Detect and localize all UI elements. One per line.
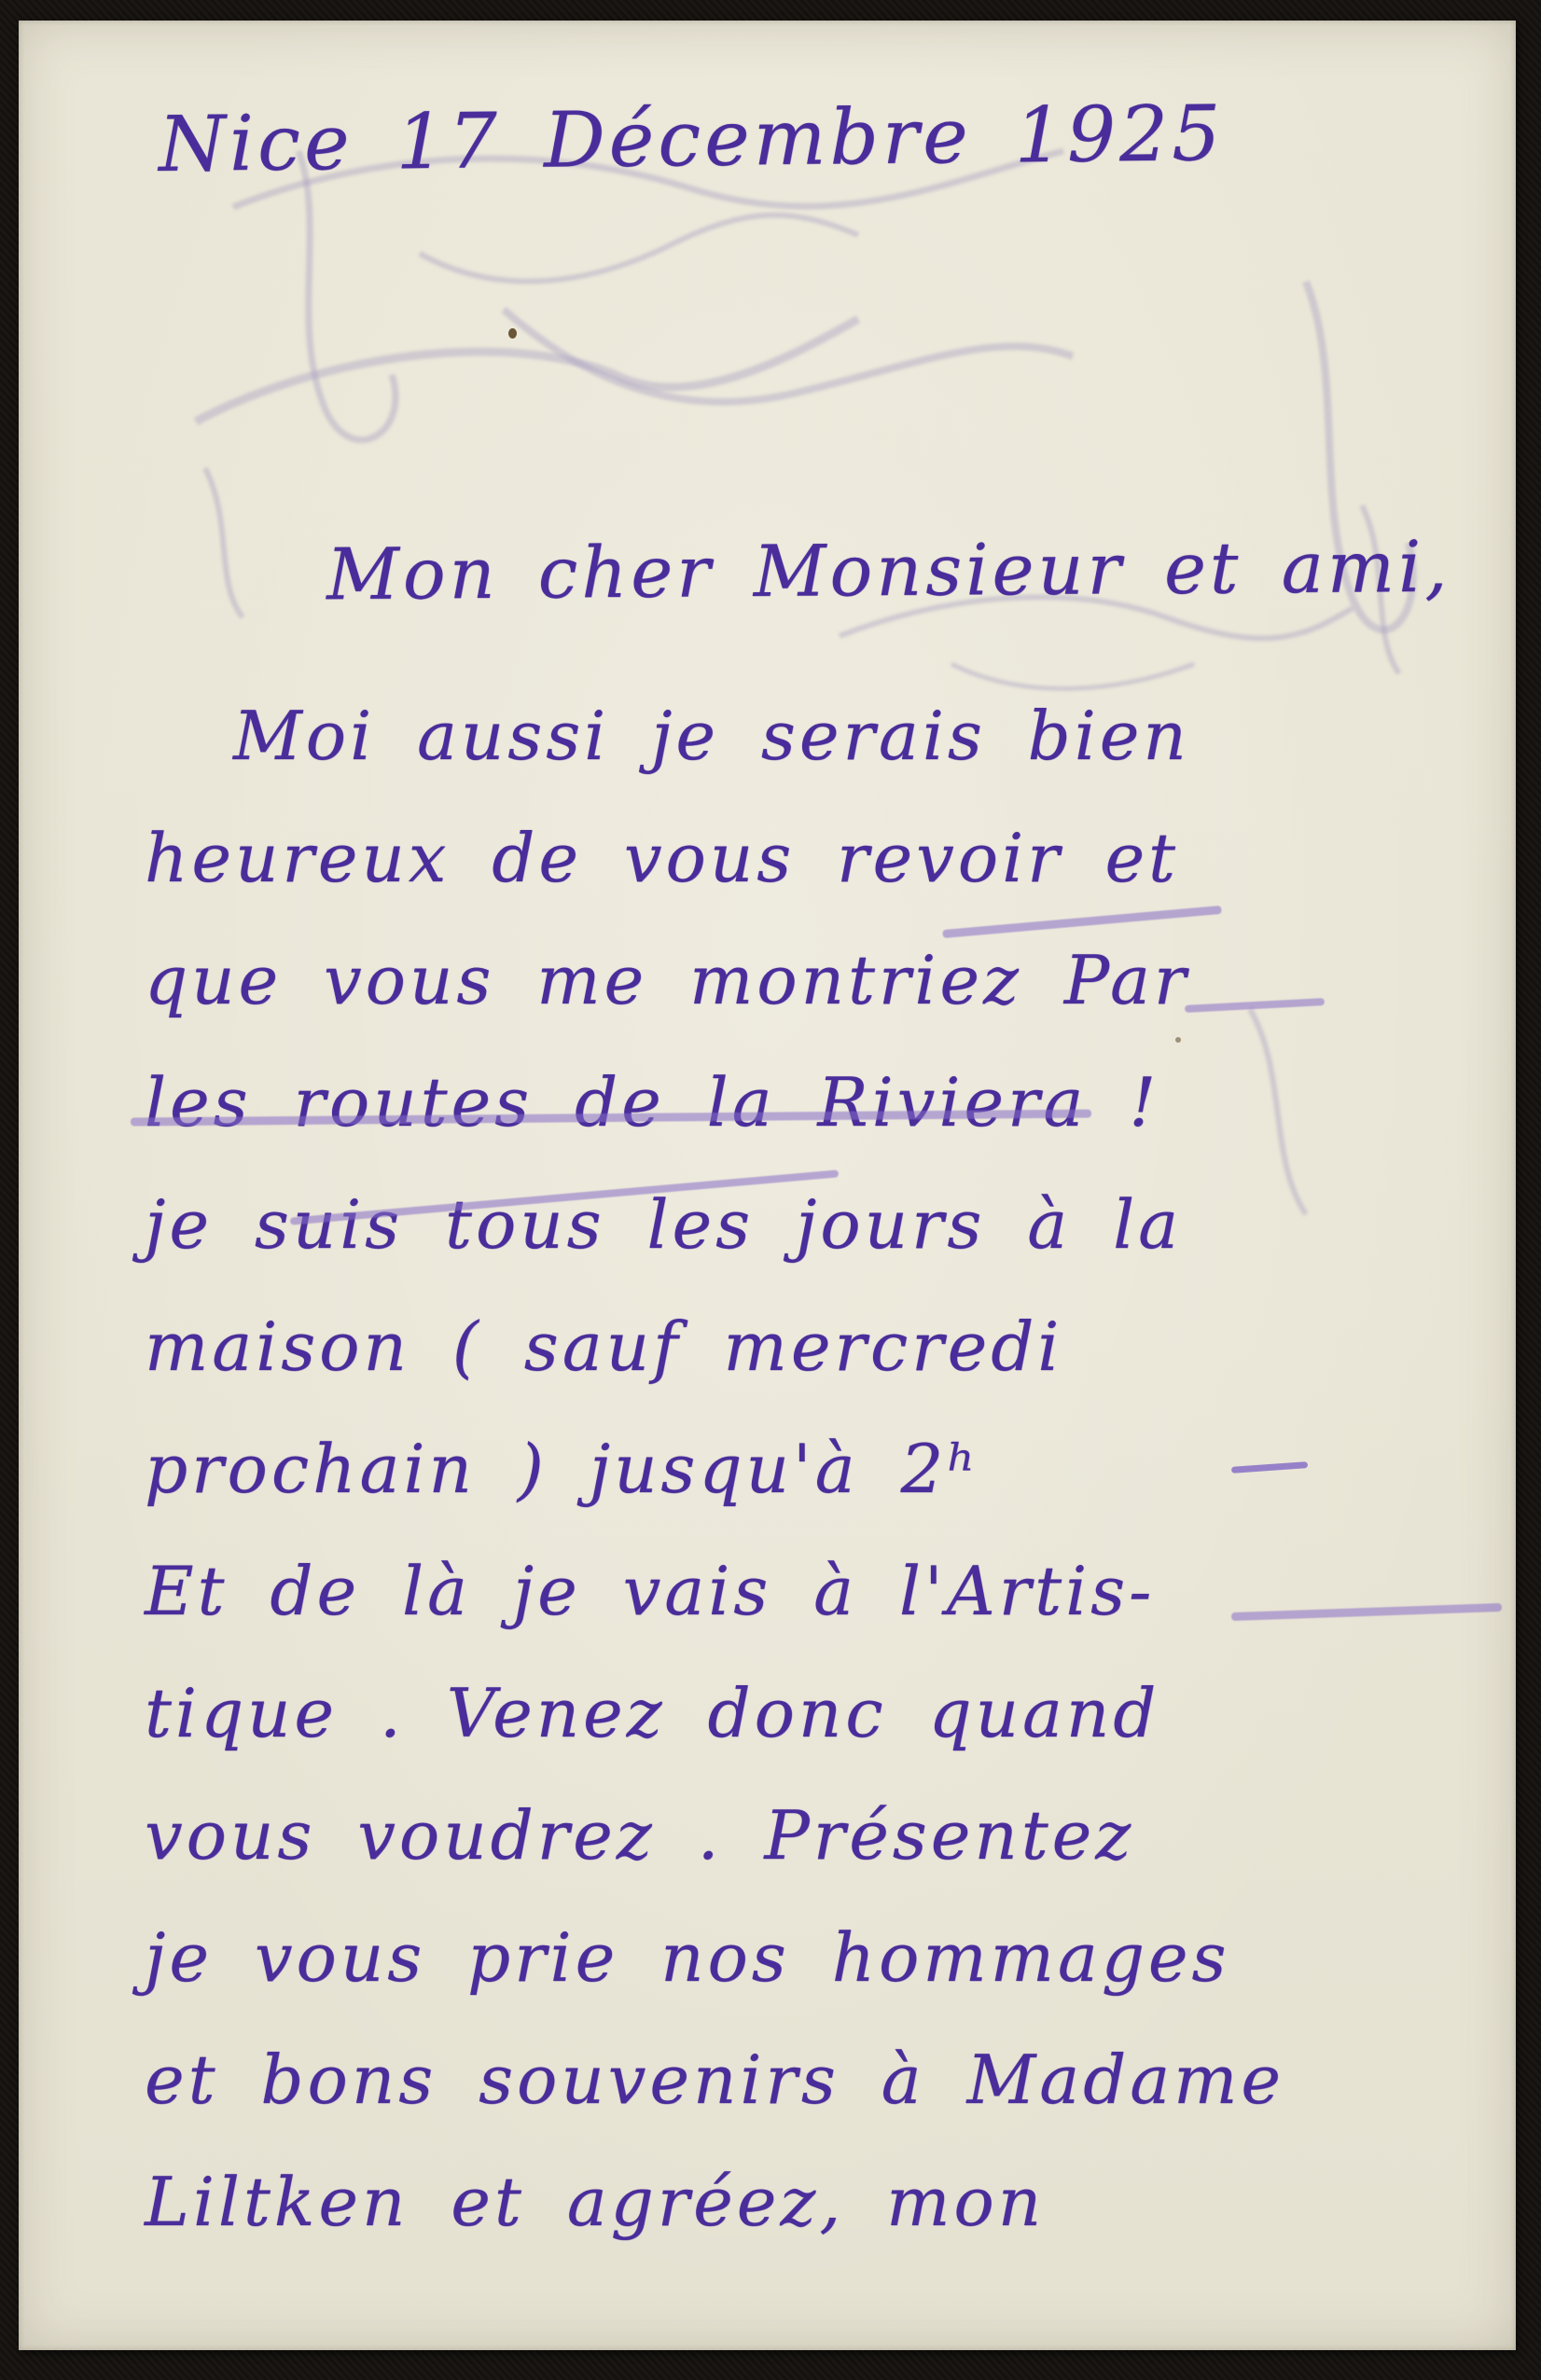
letter-line: les routes de la Riviera ! [145,1042,1516,1164]
letter-line: et bons souvenirs à Madame [145,2019,1516,2141]
letter-line: Moi aussi je serais bien [145,675,1516,797]
letter-scan: Nice 17 Décembre 1925 Mon cher Monsieur … [0,0,1541,2380]
letter-line: prochain ) jusqu'à 2ʰ [145,1408,1516,1530]
paper-speck [508,328,517,339]
letter-line: Liltken et agréez, mon [145,2141,1516,2263]
letter-line: vous voudrez . Présentez [145,1775,1516,1897]
letter-line: maison ( sauf mercredi [145,1286,1516,1408]
letter-line: heureux de vous revoir et [145,797,1516,920]
letter-paper: Nice 17 Décembre 1925 Mon cher Monsieur … [19,21,1516,2350]
letter-date: Nice 17 Décembre 1925 [159,90,1225,189]
letter-line: Et de là je vais à l'Artis- [145,1530,1516,1653]
letter-line: je vous prie nos hommages [145,1897,1516,2019]
letter-salutation: Mon cher Monsieur et ami, [326,525,1451,616]
letter-line: tique . Venez donc quand [145,1653,1516,1775]
letter-body: Moi aussi je serais bienheureux de vous … [145,675,1516,2263]
letter-line: que vous me montriez Par [145,920,1516,1042]
letter-line: je suis tous les jours à la [145,1164,1516,1286]
